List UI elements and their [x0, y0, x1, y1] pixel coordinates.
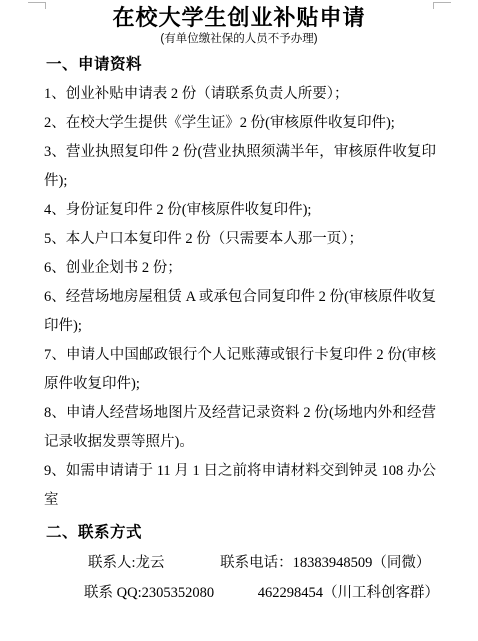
list-item-4: 4、身份证复印件 2 份(审核原件收复印件);: [44, 196, 436, 225]
contact-line-1: 联系人:龙云 联系电话：18383948509（同微）: [88, 548, 478, 578]
list-item-7: 7、申请人中国邮政银行个人记账薄或银行卡复印件 2 份(审核原件收复印件);: [44, 341, 436, 399]
contact-person: 联系人:龙云: [88, 555, 165, 571]
list-item-3: 3、营业执照复印件 2 份(营业执照须满半年，审核原件收复印件);: [44, 138, 436, 196]
list-item-8: 8、申请人经营场地图片及经营记录资料 2 份(场地内外和经营记录收据发票等照片)…: [44, 399, 436, 457]
page-subtitle: (有单位缴社保的人员不予办理): [0, 32, 478, 47]
materials-list: 1、创业补贴申请表 2 份（请联系负责人所要）； 2、在校大学生提供《学生证》2…: [44, 80, 436, 515]
margin-crop-mark-right: [433, 2, 451, 9]
contact-phone: 联系电话：18383948509（同微）: [220, 555, 430, 571]
section-heading-contact: 二、联系方式: [46, 522, 478, 543]
contact-qq: 联系 QQ:2305352080: [84, 585, 214, 601]
document-page: 在校大学生创业补贴申请 (有单位缴社保的人员不予办理) 一、申请资料 1、创业补…: [0, 0, 478, 641]
list-item-9: 9、如需申请请于 11 月 1 日之前将申请材料交到钟灵 108 办公室: [44, 457, 436, 515]
list-item-1: 1、创业补贴申请表 2 份（请联系负责人所要）；: [44, 80, 436, 109]
contact-line-2: 联系 QQ:2305352080 462298454（川工科创客群）: [84, 578, 478, 608]
margin-crop-mark-left: [28, 2, 46, 9]
list-item-2: 2、在校大学生提供《学生证》2 份(审核原件收复印件);: [44, 109, 436, 138]
contact-block: 联系人:龙云 联系电话：18383948509（同微） 联系 QQ:230535…: [0, 548, 478, 608]
page-title: 在校大学生创业补贴申请: [0, 0, 478, 31]
list-item-6b: 6、经营场地房屋租赁 A 或承包合同复印件 2 份(审核原件收复印件);: [44, 283, 436, 341]
contact-qq-group: 462298454（川工科创客群）: [258, 585, 439, 601]
list-item-5: 5、本人户口本复印件 2 份（只需要本人那一页）；: [44, 225, 436, 254]
section-heading-application-materials: 一、申请资料: [46, 54, 478, 75]
list-item-6: 6、创业企划书 2 份；: [44, 254, 436, 283]
